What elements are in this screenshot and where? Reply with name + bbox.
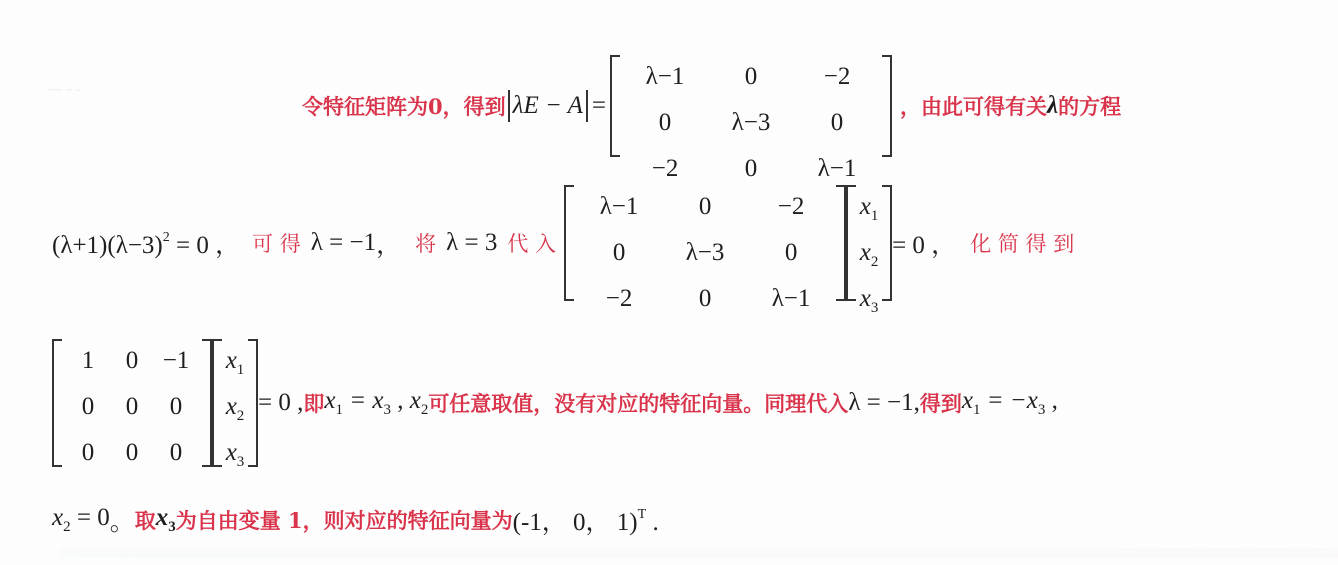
- matrix-cell: 0: [126, 387, 139, 427]
- text-thus-equation: ，由此可得有关: [900, 91, 1047, 121]
- matrix-cell: λ−1: [646, 57, 685, 97]
- relation-x1-x3: x1 = x3 , x2: [324, 387, 428, 419]
- matrix-cell: 0: [170, 433, 183, 473]
- matrix-cell: λ−1: [600, 187, 639, 227]
- faded-artifact-bottom: [60, 548, 1338, 558]
- lambda-neg1: λ = −1: [848, 389, 913, 417]
- vector-x-1: x1 x2 x3: [846, 185, 892, 301]
- text-namely: 即: [303, 388, 324, 418]
- matrix-cell: 1: [82, 341, 95, 381]
- matrix-cell: 0: [831, 103, 844, 143]
- text-substitute: 将: [415, 228, 436, 258]
- line-1: 令特征矩阵为0，得到 λE − A = λ−1 0 −2 0 λ−3 0 −2 …: [302, 54, 1121, 158]
- faded-artifact: — ‒ ˗: [48, 82, 81, 98]
- vector-entry: x2: [860, 233, 879, 273]
- eigenvalue-neg1: λ = −1: [311, 229, 376, 257]
- char-eq-factors: (λ+1)(λ−3): [52, 232, 163, 259]
- matrix-cell: 0: [745, 57, 758, 97]
- period: 。: [110, 502, 135, 538]
- reduced-matrix: 1 0 −1 0 0 0 0 0 0: [52, 339, 212, 467]
- eigenvalue-3: λ = 3: [446, 229, 497, 257]
- text-free-variable: 为自由变量 1，则对应的特征向量为: [176, 505, 513, 535]
- vector-entry: x2: [226, 387, 245, 427]
- vector-entry: x1: [860, 187, 879, 227]
- matrix-cell: λ−3: [732, 103, 771, 143]
- matrix-cell: 0: [659, 103, 672, 143]
- matrix-cell: −2: [606, 279, 633, 319]
- vector-entry: x3: [226, 433, 245, 473]
- lambda-matrix-1: λ−1 0 −2 0 λ−3 0 −2 0 λ−1: [610, 55, 892, 157]
- matrix-cell: −2: [824, 57, 851, 97]
- text-equation: 的方程: [1058, 91, 1121, 121]
- matrix-cell: 0: [745, 149, 758, 189]
- text-take: 取: [135, 505, 156, 535]
- document-page: — ‒ ˗ 令特征矩阵为0，得到 λE − A = λ−1 0 −2 0 λ−3…: [0, 0, 1338, 565]
- line-3: 1 0 −1 0 0 0 0 0 0 x1 x2 x3 = 0 , 即 x1 =…: [52, 338, 1058, 468]
- relation-x1-neg-x3: x1 = −x3 ,: [962, 387, 1058, 419]
- exponent: 2: [163, 230, 170, 245]
- lambda-matrix-2: λ−1 0 −2 0 λ−3 0 −2 0 λ−1: [564, 185, 846, 301]
- characteristic-equation: (λ+1)(λ−3)2 = 0 ，: [52, 225, 240, 261]
- matrix-cell: 0: [82, 433, 95, 473]
- matrix-cell: 0: [126, 341, 139, 381]
- text-get: 得到: [920, 388, 962, 418]
- x2-equals-zero: x2 = 0: [52, 504, 110, 536]
- matrix-cell: 0: [613, 233, 626, 273]
- text-set-char-matrix: 令特征矩阵为0，得到: [302, 91, 506, 121]
- equals-sign: =: [592, 92, 606, 120]
- vector-entry: x3: [860, 279, 879, 319]
- eigenvector: (-1， 0， 1)T .: [513, 502, 659, 538]
- matrix-cell: λ−1: [772, 279, 811, 319]
- text-any-value: 可任意取值，没有对应的特征向量。同理代入: [428, 388, 848, 418]
- matrix-cell: 0: [699, 187, 712, 227]
- matrix-cell: 0: [785, 233, 798, 273]
- line-2: (λ+1)(λ−3)2 = 0 ， 可 得 λ = −1 ， 将 λ = 3 代…: [52, 184, 1074, 302]
- line-4: x2 = 0 。 取 x3 为自由变量 1，则对应的特征向量为 (-1， 0， …: [52, 500, 659, 540]
- vector-entry: x1: [226, 341, 245, 381]
- text-can-get: 可 得: [252, 228, 301, 258]
- matrix-cell: 0: [699, 279, 712, 319]
- matrix-cell: λ−1: [818, 149, 857, 189]
- text-simplify: 化 简 得 到: [970, 228, 1074, 258]
- matrix-cell: 0: [170, 387, 183, 427]
- vector-x-2: x1 x2 x3: [212, 339, 258, 467]
- matrix-cell: −2: [652, 149, 679, 189]
- text-into: 代 入: [507, 228, 556, 258]
- equals-zero: = 0 ,: [258, 389, 303, 417]
- matrix-cell: −2: [778, 187, 805, 227]
- equals-zero: = 0 ，: [892, 225, 956, 261]
- separator: ，: [376, 225, 401, 261]
- matrix-cell: λ−3: [686, 233, 725, 273]
- matrix-cell: −1: [163, 341, 190, 381]
- matrix-cell: 0: [126, 433, 139, 473]
- determinant-expression: λE − A: [508, 90, 588, 122]
- matrix-cell: 0: [82, 387, 95, 427]
- char-eq-tail: = 0 ，: [170, 232, 240, 259]
- lambda-symbol: λ: [1047, 92, 1058, 120]
- x3-variable: x3: [156, 504, 176, 536]
